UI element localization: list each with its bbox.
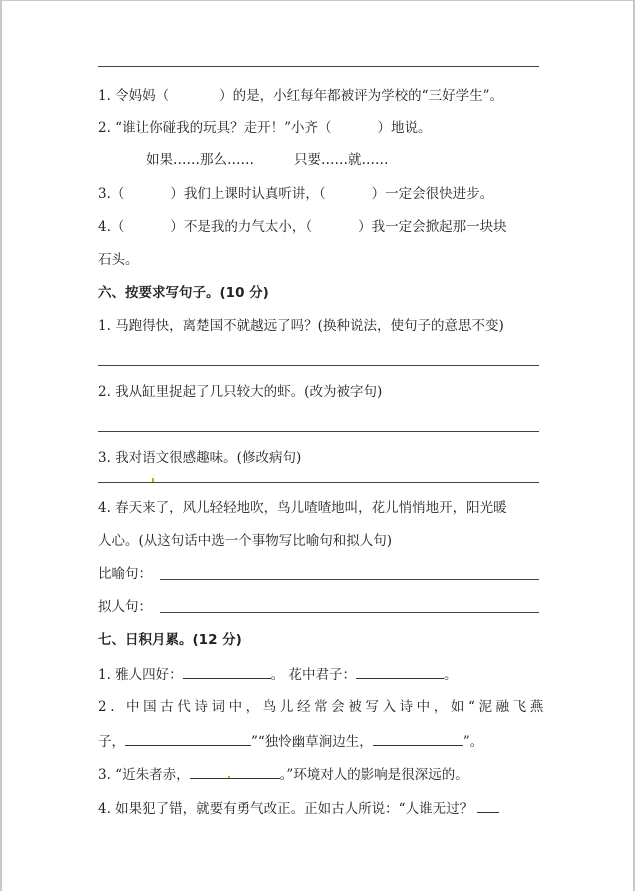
answer-line[interactable] bbox=[98, 431, 539, 432]
question-6-3: 3. 我对语文很感趣味。(修改病句) bbox=[98, 449, 301, 467]
section-7-heading: 七、日积月累。(12 分) bbox=[98, 631, 242, 649]
section-6-heading: 六、按要求写句子。(10 分) bbox=[98, 284, 269, 302]
question-5-1: 1. 令妈妈（）的是，小红每年都被评为学校的“三好学生”。 bbox=[98, 87, 503, 105]
answer-blank[interactable] bbox=[373, 731, 463, 746]
cursor-mark bbox=[152, 478, 154, 482]
personification-label: 拟人句： bbox=[98, 599, 152, 615]
simile-label: 比喻句： bbox=[98, 566, 152, 582]
simile-row: 比喻句： bbox=[98, 565, 152, 583]
question-7-4: 4. 如果犯了错，就要有勇气改正。正如古人所说：“人谁无过？ bbox=[98, 798, 499, 818]
answer-blank[interactable] bbox=[183, 664, 271, 679]
question-6-4: 4. 春天来了，风儿轻轻地吹，鸟儿喳喳地叫，花儿悄悄地开，阳光暖 bbox=[98, 499, 507, 517]
answer-line[interactable] bbox=[98, 365, 539, 366]
question-5-3: 3.（）我们上课时认真听讲，（）一定会很快进步。 bbox=[98, 185, 493, 203]
personification-row: 拟人句： bbox=[98, 598, 152, 616]
answer-blank[interactable] bbox=[356, 664, 444, 679]
question-5-2: 2. “谁让你碰我的玩具？走开！”小齐（）地说。 bbox=[98, 119, 431, 137]
answer-blank[interactable] bbox=[190, 764, 280, 779]
answer-blank[interactable] bbox=[477, 798, 499, 813]
cursor-mark bbox=[228, 776, 230, 778]
answer-line[interactable] bbox=[98, 66, 539, 67]
personification-answer-line[interactable] bbox=[160, 612, 539, 613]
question-7-2: 2. 中国古代诗词中，鸟儿经常会被写入诗中，如“泥融飞燕 bbox=[98, 698, 547, 716]
question-6-4-continued: 人心。(从这句话中选一个事物写比喻句和拟人句) bbox=[98, 532, 392, 550]
option-if-then: 如果……那么…… bbox=[146, 152, 254, 168]
conjunction-options: 如果……那么……只要……就…… bbox=[146, 151, 389, 169]
simile-answer-line[interactable] bbox=[160, 579, 539, 580]
answer-line[interactable] bbox=[98, 482, 539, 483]
option-as-long-as: 只要……就…… bbox=[294, 152, 389, 168]
answer-blank[interactable] bbox=[125, 731, 251, 746]
question-6-1: 1. 马跑得快，离楚国不就越远了吗？(换种说法，使句子的意思不变) bbox=[98, 317, 504, 335]
question-5-4: 4.（）不是我的力气太小，（）我一定会掀起那一块块 bbox=[98, 218, 507, 236]
question-7-3: 3. “近朱者赤，。”环境对人的影响是很深远的。 bbox=[98, 764, 469, 784]
question-7-1: 1. 雅人四好：。 花中君子：。 bbox=[98, 664, 457, 684]
question-5-4-continued: 石头。 bbox=[98, 251, 139, 269]
question-6-2: 2. 我从缸里捉起了几只较大的虾。(改为被字句) bbox=[98, 383, 382, 401]
document-page: 1. 令妈妈（）的是，小红每年都被评为学校的“三好学生”。 2. “谁让你碰我的… bbox=[2, 1, 633, 891]
question-7-2-continued: 子，”“独怜幽草涧边生，”。 bbox=[98, 731, 483, 751]
